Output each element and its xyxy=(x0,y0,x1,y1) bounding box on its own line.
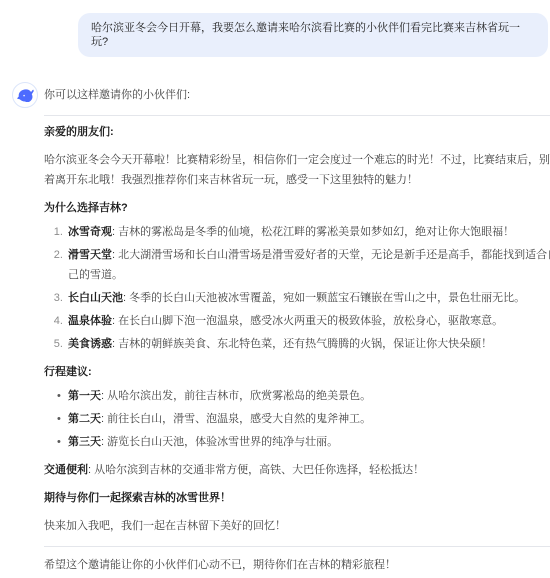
reason-label: 美食诱惑 xyxy=(68,338,112,350)
list-item: 美食诱惑: 吉林的朝鲜族美食、东北特色菜，还有热气腾腾的火锅，保证让你大快朵颐！ xyxy=(66,334,550,354)
footer-note: 希望这个邀请能让你的小伙伴们心动不已，期待你们在吉林的精彩旅程！ xyxy=(44,555,550,575)
itinerary-heading: 行程建议: xyxy=(44,362,550,382)
day-label: 第三天 xyxy=(68,436,101,448)
reason-text: : 冬季的长白山天池被冰雪覆盖，宛如一颗蓝宝石镶嵌在雪山之中，景色壮丽无比。 xyxy=(123,292,525,304)
transport-paragraph: 交通便利: 从哈尔滨到吉林的交通非常方便，高铁、大巴任你选择，轻松抵达！ xyxy=(44,460,550,480)
reason-text: : 吉林的朝鲜族美食、东北特色菜，还有热气腾腾的火锅，保证让你大快朵颐！ xyxy=(112,338,492,350)
assistant-intro-text: 你可以这样邀请你的小伙伴们: xyxy=(44,82,190,108)
reasons-list: 冰雪奇观: 吉林的雾凇岛是冬季的仙境，松花江畔的雾凇美景如梦如幻，绝对让你大饱眼… xyxy=(44,222,550,354)
day-text: : 游览长白山天池，体验冰雪世界的纯净与壮丽。 xyxy=(101,436,338,448)
list-item: 长白山天池: 冬季的长白山天池被冰雪覆盖，宛如一颗蓝宝石镶嵌在雪山之中，景色壮丽… xyxy=(66,288,550,308)
user-message-text: 哈尔滨亚冬会今日开幕，我要怎么邀请来哈尔滨看比赛的小伙伴们看完比赛来吉林省玩一玩… xyxy=(91,22,520,48)
list-item: 第三天: 游览长白山天池，体验冰雪世界的纯净与壮丽。 xyxy=(57,432,550,452)
closing-line: 快来加入我吧，我们一起在吉林留下美好的回忆！ xyxy=(44,516,550,536)
day-text: : 前往长白山，滑雪、泡温泉，感受大自然的鬼斧神工。 xyxy=(101,413,371,425)
why-jilin-heading: 为什么选择吉林? xyxy=(44,198,550,218)
assistant-header-row: 你可以这样邀请你的小伙伴们: xyxy=(12,82,550,108)
list-item: 温泉体验: 在长白山脚下泡一泡温泉，感受冰火两重天的极致体验，放松身心，驱散寒意… xyxy=(66,311,550,331)
itinerary-list: 第一天: 从哈尔滨出发，前往吉林市，欣赏雾凇岛的绝美景色。 第二天: 前往长白山… xyxy=(44,386,550,452)
reason-text: : 吉林的雾凇岛是冬季的仙境，松花江畔的雾凇美景如梦如幻，绝对让你大饱眼福！ xyxy=(112,226,514,238)
list-item: 冰雪奇观: 吉林的雾凇岛是冬季的仙境，松花江畔的雾凇美景如梦如幻，绝对让你大饱眼… xyxy=(66,222,550,242)
closing-bold-line: 期待与你们一起探索吉林的冰雪世界！ xyxy=(44,488,550,508)
list-item: 第二天: 前往长白山，滑雪、泡温泉，感受大自然的鬼斧神工。 xyxy=(57,409,550,429)
transport-label: 交通便利 xyxy=(44,464,88,476)
assistant-avatar xyxy=(12,82,38,108)
divider-top xyxy=(44,115,550,116)
transport-text: : 从哈尔滨到吉林的交通非常方便，高铁、大巴任你选择，轻松抵达！ xyxy=(88,464,424,476)
day-text: : 从哈尔滨出发，前往吉林市，欣赏雾凇岛的绝美景色。 xyxy=(101,390,371,402)
list-item: 第一天: 从哈尔滨出发，前往吉林市，欣赏雾凇岛的绝美景色。 xyxy=(57,386,550,406)
list-item: 滑雪天堂: 北大湖滑雪场和长白山滑雪场是滑雪爱好者的天堂，无论是新手还是高手，都… xyxy=(66,245,550,285)
day-label: 第二天 xyxy=(68,413,101,425)
reason-label: 滑雪天堂 xyxy=(68,249,112,261)
user-message-bubble: 哈尔滨亚冬会今日开幕，我要怎么邀请来哈尔滨看比赛的小伙伴们看完比赛来吉林省玩一玩… xyxy=(78,13,548,57)
day-label: 第一天 xyxy=(68,390,101,402)
reason-label: 长白山天池 xyxy=(68,292,123,304)
reason-label: 温泉体验 xyxy=(68,315,112,327)
assistant-message-body: 亲爱的朋友们: 哈尔滨亚冬会今天开幕啦！比赛精彩纷呈，相信你们一定会度过一个难忘… xyxy=(44,122,550,575)
letter-opening-paragraph: 哈尔滨亚冬会今天开幕啦！比赛精彩纷呈，相信你们一定会度过一个难忘的时光！不过，比… xyxy=(44,150,550,190)
deepseek-whale-icon xyxy=(17,89,34,102)
letter-greeting: 亲爱的朋友们: xyxy=(44,122,550,142)
user-message-row: 哈尔滨亚冬会今日开幕，我要怎么邀请来哈尔滨看比赛的小伙伴们看完比赛来吉林省玩一玩… xyxy=(0,0,550,57)
divider-bottom xyxy=(44,546,550,547)
reason-label: 冰雪奇观 xyxy=(68,226,112,238)
reason-text: : 北大湖滑雪场和长白山滑雪场是滑雪爱好者的天堂，无论是新手还是高手，都能找到适… xyxy=(68,249,550,281)
reason-text: : 在长白山脚下泡一泡温泉，感受冰火两重天的极致体验，放松身心，驱散寒意。 xyxy=(112,315,503,327)
